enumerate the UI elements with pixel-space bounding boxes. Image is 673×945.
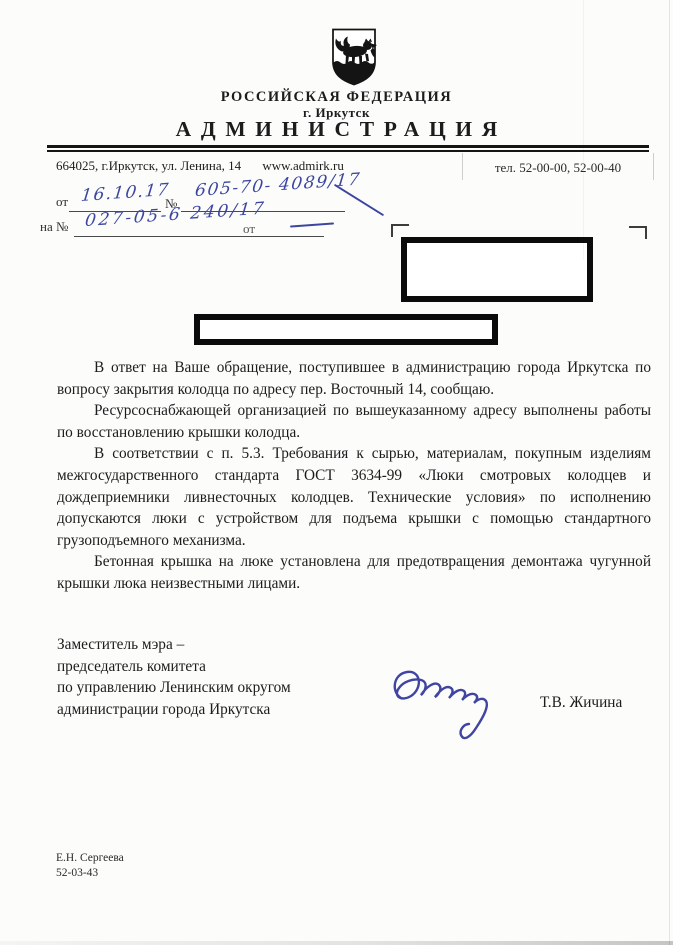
handwritten-date: 16.10.17 — [80, 180, 171, 206]
signatory-position-line: администрации города Иркутска — [57, 699, 291, 721]
body-paragraph: Ресурсоснабжающей организацией по вышеук… — [57, 400, 651, 443]
executor-block: Е.Н. Сергеева 52-03-43 — [56, 851, 124, 880]
scan-bottom-edge — [0, 941, 673, 945]
handwritten-signature-icon — [383, 658, 523, 750]
redacted-subject-box — [194, 314, 498, 345]
letter-body: В ответ на Ваше обращение, поступившее в… — [57, 357, 651, 595]
ink-flourish-dash — [290, 222, 334, 227]
body-paragraph: В соответствии с п. 5.3. Требования к сы… — [57, 443, 651, 551]
scan-edge-line — [669, 0, 670, 945]
executor-name: Е.Н. Сергеева — [56, 851, 124, 866]
letterhead-country: РОССИЙСКАЯ ФЕДЕРАЦИЯ — [0, 89, 673, 106]
irkutsk-coat-of-arms-icon — [329, 27, 379, 88]
scanned-letter-page: РОССИЙСКАЯ ФЕДЕРАЦИЯ г. Иркутск АДМИНИСТ… — [0, 0, 673, 945]
ref-reply-underline — [74, 236, 324, 237]
letterhead-postal-address: 664025, г.Иркутск, ул. Ленина, 14 — [56, 158, 241, 173]
addressee-corner-mark-right — [629, 226, 647, 239]
signatory-position-block: Заместитель мэра – председатель комитета… — [57, 634, 291, 720]
redacted-addressee-box — [401, 237, 593, 302]
signatory-position-line: председатель комитета — [57, 656, 291, 678]
letterhead-organization-title: АДМИНИСТРАЦИЯ — [0, 117, 673, 142]
letterhead-double-rule — [47, 145, 649, 152]
signatory-position-line: по управлению Ленинским округом — [57, 677, 291, 699]
letterhead-address-line: 664025, г.Иркутск, ул. Ленина, 14 www.ad… — [56, 158, 344, 174]
ref-from-label: от — [56, 194, 68, 210]
addressee-corner-mark-left — [391, 224, 409, 237]
executor-phone: 52-03-43 — [56, 866, 124, 881]
body-paragraph: В ответ на Ваше обращение, поступившее в… — [57, 357, 651, 400]
signatory-position-line: Заместитель мэра – — [57, 634, 291, 656]
signatory-name: Т.В. Жичина — [540, 694, 622, 712]
scan-fold-line — [583, 0, 584, 260]
letterhead-phone: тел. 52-00-00, 52-00-40 — [462, 153, 654, 180]
ref-reply-from-label: от — [243, 221, 255, 237]
ref-reply-label: на № — [40, 219, 68, 235]
body-paragraph: Бетонная крышка на люке установлена для … — [57, 551, 651, 594]
